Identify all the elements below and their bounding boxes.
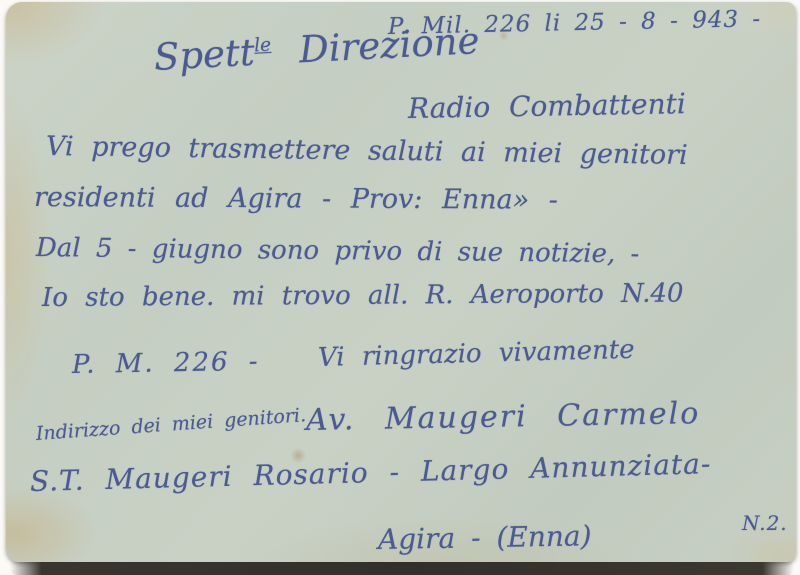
body-line-2: residenti ad Agira - Prov: Enna» -	[34, 182, 558, 216]
address-label: Indirizzo dei miei genitori.	[35, 404, 306, 445]
salutation-rest: Direzione	[298, 19, 480, 71]
addressee-line: Radio Combattenti	[408, 87, 686, 125]
body-line-4: Io sto bene. mi trovo all. R. Aeroporto …	[42, 279, 684, 313]
thanks-line: Vi ringrazio vivamente	[318, 335, 635, 373]
postcard: P. Mil. 226 li 25 - 8 - 943 - Spettle Di…	[6, 2, 796, 562]
signature-name: Av. Maugeri Carmelo	[306, 396, 701, 438]
address-line-2: Agira - (Enna)	[378, 519, 592, 556]
salutation-superscript: le	[254, 35, 272, 57]
body-line-1: Vi prego trasmettere saluti ai miei geni…	[46, 131, 688, 171]
body-line-3: Dal 5 - giugno sono privo di sue notizie…	[36, 233, 640, 269]
bottom-scan-edge-shadow	[10, 562, 794, 575]
salutation-line: Spettle Direzione	[153, 19, 481, 79]
salutation-prefix: Spett	[153, 31, 256, 79]
address-house-number: N.2.	[742, 511, 788, 535]
scan-background: P. Mil. 226 li 25 - 8 - 943 - Spettle Di…	[0, 0, 800, 575]
address-line-1: S.T. Maugeri Rosario - Largo Annunziata-	[30, 447, 712, 498]
field-post-number: P. M. 226 -	[72, 347, 260, 380]
